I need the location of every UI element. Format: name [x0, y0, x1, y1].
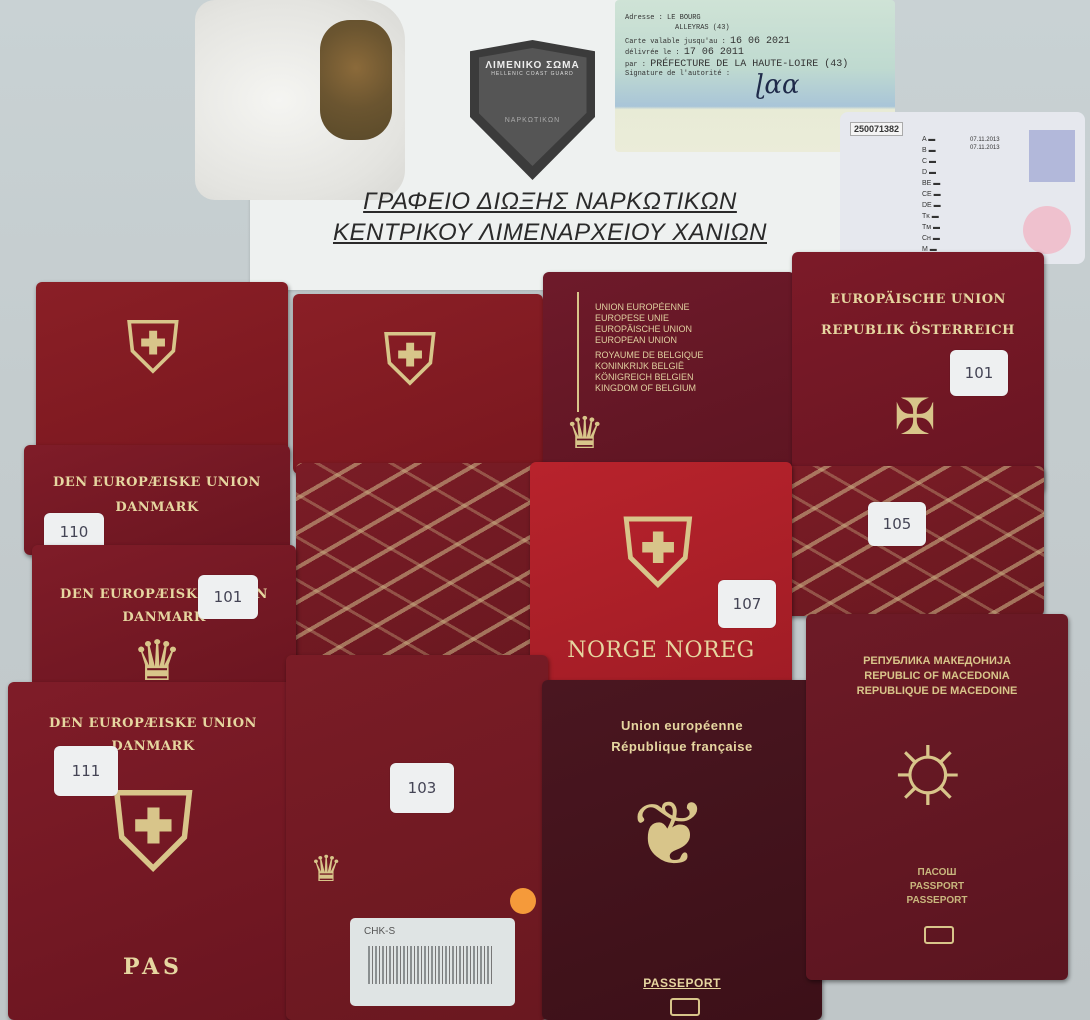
be-line: EUROPESE UNIE: [595, 313, 703, 324]
mk-footer: ПАСОШ PASSPORT PASSEPORT: [806, 866, 1068, 908]
passport-bosnia-1: [296, 463, 548, 663]
be-line: KÖNIGREICH BELGIEN: [595, 372, 703, 383]
mk-line: PASSPORT: [806, 880, 1068, 894]
eagle-crest-icon: ✠: [894, 392, 936, 442]
mk-line: REPUBLIQUE DE MACEDOINE: [806, 684, 1068, 699]
by-label: par :: [625, 61, 646, 69]
barcode-label: CHK-S: [350, 918, 515, 1006]
header-line-1: ΓΡΑΦΕΙΟ ΔΙΩΞΗΣ ΝΑΡΚΩΤΙΚΩΝ: [300, 186, 800, 217]
be-line: KINGDOM OF BELGIUM: [595, 383, 703, 394]
mk-line: ПАСОШ: [806, 866, 1068, 880]
notice-header: ΓΡΑΦΕΙΟ ΔΙΩΞΗΣ ΝΑΡΚΩΤΙΚΩΝ ΚΕΝΤΡΙΚΟΥ ΛΙΜΕ…: [300, 186, 800, 248]
license-category: Tм ▬: [922, 222, 941, 233]
barcode-text: CHK-S: [364, 926, 395, 937]
license-category: B ▬: [922, 145, 941, 156]
evidence-label: 105: [868, 502, 926, 546]
license-category: CE ▬: [922, 189, 941, 200]
badge-bottom: ΝΑΡΚΩΤΙΚΩΝ: [505, 117, 560, 124]
issuer: PRÉFECTURE DE LA HAUTE-LOIRE (43): [650, 59, 848, 70]
mk-line: REPUBLIC OF MACEDONIA: [806, 669, 1068, 684]
license-number: 250071382: [850, 122, 903, 136]
issued-label: délivrée le :: [625, 49, 680, 57]
passport-norway-1: ⛨: [36, 282, 288, 462]
valid-label: Carte valable jusqu'au :: [625, 38, 726, 46]
dried-herb: [320, 20, 392, 140]
at-line-1: EUROPÄISCHE UNION: [792, 292, 1044, 307]
passport-denmark-2: DEN EUROPÆISKE UNION DANMARK ♛ 101: [32, 545, 296, 705]
barcode-bars: [368, 946, 493, 984]
be-line: EUROPEAN UNION: [595, 335, 703, 346]
address-line-1: LE BOURG: [667, 14, 701, 22]
license-category: BE ▬: [922, 178, 941, 189]
biometric-chip-icon: [924, 926, 954, 949]
be-line: UNION EUROPÉENNE: [595, 302, 703, 313]
be-line: KONINKRIJK BELGIË: [595, 361, 703, 372]
license-category: DE ▬: [922, 200, 941, 211]
mk-line: РЕПУБЛИКА МАКЕДОНИЈА: [806, 654, 1068, 669]
mk-header: РЕПУБЛИКА МАКЕДОНИЈА REPUBLIC OF MACEDON…: [806, 654, 1068, 699]
driving-license: 250071382 A ▬B ▬C ▬D ▬BE ▬CE ▬DE ▬Tκ ▬Tм…: [840, 112, 1085, 264]
biometric-chip-icon: [670, 998, 700, 1020]
license-category: Tκ ▬: [922, 211, 941, 222]
bosnia-pattern: [296, 463, 548, 663]
coast-guard-badge: ΛΙΜΕΝΙΚΟ ΣΩΜΑ HELLENIC COAST GUARD ΝΑΡΚΩ…: [470, 40, 595, 180]
passport-norway-3: ⛨ 107 NORGE NOREG: [530, 462, 792, 692]
passport-macedonia: РЕПУБЛИКА МАКЕДОНИЈА REPUBLIC OF MACEDON…: [806, 614, 1068, 980]
license-stamp: [1023, 206, 1071, 254]
macedonia-emblem-icon: ☼: [882, 714, 974, 814]
belgium-crest-icon: ♛: [565, 412, 604, 456]
address-line-2: ALLEYRAS (43): [675, 24, 730, 32]
passport-france: Union européenne République française ❦ …: [542, 680, 822, 1020]
crown-icon: ♛: [132, 633, 182, 689]
signature-label: Signature de l'autorité :: [625, 70, 730, 78]
lion-crest-icon: ⛨: [126, 312, 180, 384]
signature: ɭɑɑ: [755, 70, 800, 100]
license-photo: [1029, 130, 1075, 182]
passport-denmark-3: DEN EUROPÆISKE UNION DANMARK ⛨ PAS 111: [8, 682, 298, 1020]
issued-on: 17 06 2011: [684, 47, 744, 58]
license-date-1: 07.11.2013: [970, 136, 1000, 144]
evidence-label: 101: [198, 575, 258, 619]
at-line-2: REPUBLIK ÖSTERREICH: [792, 323, 1044, 338]
mk-line: PASSEPORT: [806, 894, 1068, 908]
norge-noreg: NORGE NOREG: [530, 638, 792, 663]
license-dates: 07.11.2013 07.11.2013: [970, 136, 1000, 152]
lion-crest-icon: ⛨: [383, 324, 437, 396]
evidence-label: 107: [718, 580, 776, 628]
dk-line-1: DEN EUROPÆISKE UNION: [24, 475, 290, 490]
passport-austria: EUROPÄISCHE UNION REPUBLIK ÖSTERREICH ✠ …: [792, 252, 1044, 492]
pas-text: PAS: [8, 954, 298, 980]
passeport-text: PASSEPORT: [542, 976, 822, 990]
valid-until: 16 06 2021: [730, 36, 790, 47]
orange-dot-sticker: [510, 888, 536, 914]
passport-denmark-1: DEN EUROPÆISKE UNION DANMARK 110: [24, 445, 290, 555]
license-category: A ▬: [922, 134, 941, 145]
evidence-label: 101: [950, 350, 1008, 396]
fr-line-2: République française: [542, 739, 822, 754]
license-category: Cн ▬: [922, 233, 941, 244]
evidence-label: 103: [390, 763, 454, 813]
address-label: Adresse :: [625, 14, 663, 22]
be-line: ROYAUME DE BELGIQUE: [595, 350, 703, 361]
badge-title: ΛΙΜΕΝΙΚΟ ΣΩΜΑ: [485, 60, 579, 71]
license-category: C ▬: [922, 156, 941, 167]
lion-crest-icon: ⛨: [622, 506, 694, 602]
fr-line-1: Union européenne: [542, 718, 822, 733]
dk-line-2: DANMARK: [8, 739, 298, 754]
license-categories: A ▬B ▬C ▬D ▬BE ▬CE ▬DE ▬Tκ ▬Tм ▬Cн ▬M ▬: [922, 134, 941, 255]
evidence-label: 111: [54, 746, 118, 796]
belgium-text: UNION EUROPÉENNE EUROPESE UNIE EUROPÄISC…: [595, 302, 703, 394]
passport-bosnia-2: 105: [782, 466, 1044, 616]
dk-line-1: DEN EUROPÆISKE UNION: [8, 716, 298, 731]
header-line-2: ΚΕΝΤΡΙΚΟΥ ΛΙΜΕΝΑΡΧΕΙΟΥ ΧΑΝΙΩΝ: [300, 217, 800, 248]
passport-norway-2: ⛨: [293, 294, 543, 474]
denmark-coat-of-arms-icon: ⛨: [112, 778, 195, 888]
france-emblem-icon: ❦: [632, 790, 707, 880]
license-category: D ▬: [922, 167, 941, 178]
passport-belgium: UNION EUROPÉENNE EUROPESE UNIE EUROPÄISC…: [543, 272, 795, 472]
sweden-crest-icon: ♛: [310, 851, 342, 887]
be-line: EUROPÄISCHE UNION: [595, 324, 703, 335]
license-date-2: 07.11.2013: [970, 144, 1000, 152]
badge-subtitle: HELLENIC COAST GUARD: [491, 71, 573, 77]
